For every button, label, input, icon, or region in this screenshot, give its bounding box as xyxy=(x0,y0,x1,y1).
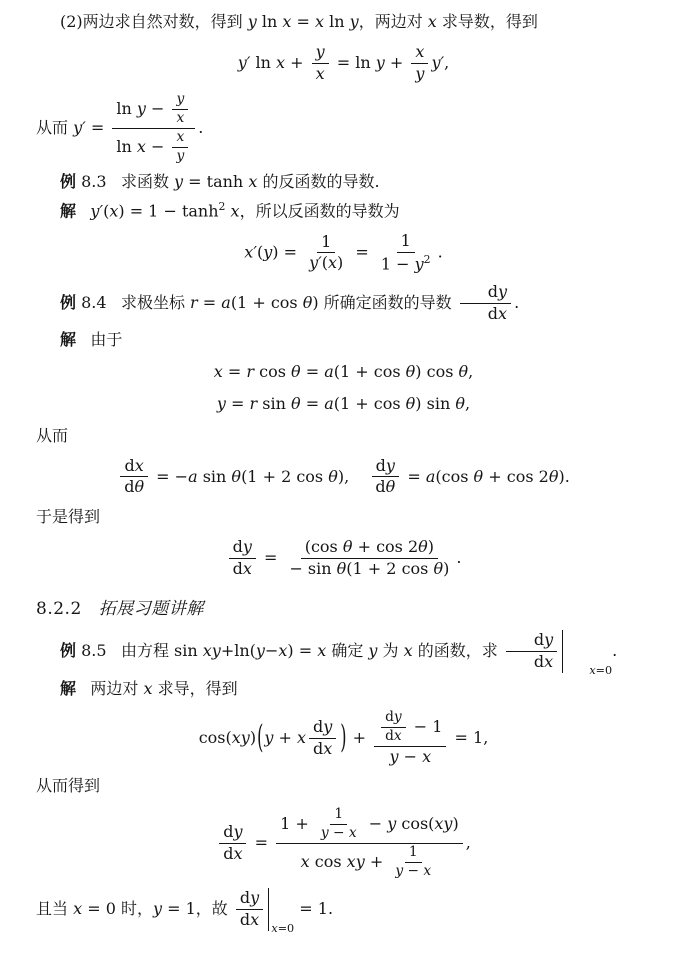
fraction-numerator: 1 xyxy=(317,232,335,254)
math-variable: θ xyxy=(459,362,469,381)
text-run: ln xyxy=(257,12,283,31)
text-run: − xyxy=(403,863,423,879)
math-variable: y xyxy=(350,12,359,31)
math-variable: a xyxy=(188,466,198,485)
text-run: − xyxy=(265,641,278,660)
text-run: 两边对 xyxy=(90,679,143,698)
text-run: d xyxy=(124,477,134,496)
math-variable: xy xyxy=(434,814,452,833)
fraction: dydx xyxy=(381,709,406,746)
display-equation: x′(y) = 1y′(x) = 11 − y2. xyxy=(36,231,651,275)
fraction: dydx xyxy=(219,822,246,865)
math-variable: θ xyxy=(406,362,416,381)
text-run: 且当 xyxy=(36,899,73,918)
math-variable: x xyxy=(276,53,285,72)
text-paragraph: 例 8.4求极坐标 r = a(1 + cos θ) 所确定函数的导数 dydx… xyxy=(36,282,651,325)
text-run: 从而 xyxy=(36,118,73,137)
fraction-denominator: y′(x) xyxy=(305,253,347,274)
text-run: ，两边对 xyxy=(359,12,428,31)
text-run: 1 xyxy=(409,844,418,860)
fraction-denominator: x cos xy + 1y − x xyxy=(297,844,442,881)
text-paragraph: 从而 y′ = ln y − yxln x − xy. xyxy=(36,91,651,166)
text-run: = 0 时， xyxy=(82,899,153,918)
text-run: d xyxy=(534,630,544,649)
math-variable: y xyxy=(243,537,252,556)
math-variable: y xyxy=(498,282,507,301)
fraction-numerator: dx xyxy=(120,456,147,478)
text-run: = xyxy=(198,293,222,312)
text-run: d xyxy=(124,456,134,475)
math-variable: x xyxy=(250,910,259,929)
text-run: = xyxy=(226,394,250,413)
fraction: xy xyxy=(172,129,188,166)
text-run: − 1 xyxy=(409,717,443,736)
text-run: ，所以反函数的导数为 xyxy=(240,201,400,220)
text-run: 求函数 xyxy=(121,172,174,191)
math-variable: y xyxy=(137,99,146,118)
text-run: + cos 2 xyxy=(353,537,419,556)
text-run: ln xyxy=(324,12,350,31)
math-variable: x xyxy=(73,899,82,918)
fraction-denominator: y xyxy=(172,148,188,166)
text-run: + xyxy=(285,53,309,72)
math-variable: a xyxy=(426,466,436,485)
math-variable: x xyxy=(176,110,184,126)
fraction-denominator: dθ xyxy=(371,477,399,498)
paren-group: (y + xdydx) xyxy=(256,717,347,760)
text-run: = tanh xyxy=(183,172,248,191)
math-variable: y xyxy=(316,42,325,61)
text-run: d xyxy=(385,709,394,725)
text-run: 8.3 xyxy=(76,172,107,191)
math-variable: x xyxy=(231,201,240,220)
bold-label: 解 xyxy=(60,201,76,220)
text-run: ) sin xyxy=(415,394,455,413)
heading-kai-text: 拓展习题讲解 xyxy=(99,599,204,619)
math-variable: y xyxy=(264,728,273,747)
fraction-denominator: y − x xyxy=(391,863,435,881)
math-variable: x xyxy=(415,42,424,61)
math-variable: y xyxy=(256,641,265,660)
math-variable: x xyxy=(214,362,223,381)
fraction-denominator: dθ xyxy=(120,477,148,498)
math-variable: a xyxy=(324,362,334,381)
document-page: (2)两边求自然对数，得到 y ln x = x ln y，两边对 x 求导数，… xyxy=(0,0,687,943)
text-run: . xyxy=(456,548,461,567)
fraction-numerator: dy xyxy=(219,822,246,844)
text-run: 8.5 xyxy=(76,641,107,660)
fraction-denominator: − sin θ(1 + 2 cos θ) xyxy=(285,559,453,580)
math-variable: θ xyxy=(433,559,443,578)
math-variable: y xyxy=(394,709,402,725)
evaluation-bar: x=0 xyxy=(562,630,612,673)
text-run: 的反函数的导数. xyxy=(257,172,379,191)
math-variable: y′ xyxy=(90,201,103,220)
evaluation-bar: x=0 xyxy=(268,888,294,931)
fraction: dydx xyxy=(309,717,336,760)
math-variable: y xyxy=(376,53,385,72)
text-run: 1 + xyxy=(280,814,314,833)
text-run: d xyxy=(223,822,233,841)
text-run: − xyxy=(398,747,422,766)
fraction-denominator: y xyxy=(411,64,428,85)
text-run: ) xyxy=(337,253,343,272)
math-variable: y xyxy=(321,825,329,841)
math-variable: x xyxy=(404,641,413,660)
math-variable: y xyxy=(176,148,184,164)
text-run: 求极坐标 xyxy=(121,293,190,312)
fraction: dydθ xyxy=(371,456,399,499)
vertical-bar xyxy=(562,630,563,673)
text-run: = 1，故 xyxy=(162,899,233,918)
text-run: , xyxy=(444,53,449,72)
math-variable: θ xyxy=(231,466,241,485)
text-run: + xyxy=(385,53,409,72)
text-run: d xyxy=(376,456,386,475)
text-run: , xyxy=(465,394,470,413)
text-run: (1 + 2 cos xyxy=(241,466,328,485)
math-variable: x xyxy=(137,137,146,156)
paren-content: y + xdydx xyxy=(264,717,339,760)
text-paragraph: 从而得到 xyxy=(36,774,651,799)
text-run: ), xyxy=(338,466,349,485)
text-run: 由方程 sin xyxy=(121,641,203,660)
display-equation: x = r cos θ = a(1 + cos θ) cos θ, xyxy=(36,360,651,385)
math-variable: r xyxy=(190,293,198,312)
fraction-numerator: dy xyxy=(381,709,406,728)
fraction-numerator: dy xyxy=(236,888,263,910)
math-variable: x xyxy=(243,559,252,578)
math-variable: x xyxy=(349,825,357,841)
text-run: = xyxy=(301,362,325,381)
text-run: 于是得到 xyxy=(36,507,100,526)
math-variable: y xyxy=(217,394,226,413)
text-run: 为 xyxy=(377,641,403,660)
math-variable: y xyxy=(386,456,395,475)
text-run: (1 + 2 cos xyxy=(346,559,433,578)
section-heading: 8.2.2拓展习题讲解 xyxy=(36,596,651,622)
vertical-bar xyxy=(268,888,269,931)
fraction-numerator: 1 + 1y − x − y cos(xy) xyxy=(276,806,463,844)
display-equation: y = r sin θ = a(1 + cos θ) sin θ, xyxy=(36,392,651,417)
text-run: 从而 xyxy=(36,426,68,445)
math-variable: y xyxy=(544,630,553,649)
fraction: dydx xyxy=(460,282,511,325)
math-variable: y′ xyxy=(73,118,86,137)
text-run: ln xyxy=(116,137,137,156)
text-run: 1 xyxy=(334,806,343,822)
text-run: sin xyxy=(257,394,291,413)
fraction: yx xyxy=(172,91,188,128)
text-run: = xyxy=(86,118,110,137)
text-run: 从而得到 xyxy=(36,776,100,795)
text-run: (2)两边求自然对数，得到 xyxy=(60,12,248,31)
bold-label: 例 xyxy=(60,641,76,660)
text-run: ). xyxy=(558,466,569,485)
fraction: dxdθ xyxy=(120,456,148,499)
math-variable: y xyxy=(174,172,183,191)
text-run: cos( xyxy=(396,814,434,833)
math-variable: θ xyxy=(455,394,465,413)
bold-label: 例 xyxy=(60,172,76,191)
math-variable: x xyxy=(423,863,431,879)
fraction-denominator: dx xyxy=(229,559,256,580)
left-paren: ( xyxy=(256,713,264,763)
evaluation-subscript: x=0 xyxy=(565,662,612,679)
math-variable: x xyxy=(328,253,337,272)
fraction: yx xyxy=(312,42,329,85)
fraction-denominator: dx xyxy=(460,304,511,325)
text-run: d xyxy=(488,282,498,301)
text-run: 求导数，得到 xyxy=(437,12,538,31)
text-run: cos xyxy=(254,362,291,381)
text-run: + cos 2 xyxy=(483,466,549,485)
fraction-numerator: dy xyxy=(460,282,511,304)
text-run: ) = 1 − tanh xyxy=(118,201,218,220)
text-run: − sin xyxy=(289,559,336,578)
text-paragraph: 解两边对 x 求导，得到 xyxy=(36,677,651,702)
fraction: (cos θ + cos 2θ)− sin θ(1 + 2 cos θ) xyxy=(285,537,453,580)
math-variable: θ xyxy=(343,537,353,556)
math-variable: y xyxy=(263,242,272,261)
fraction-numerator: 1 xyxy=(330,806,347,825)
math-variable: θ xyxy=(406,394,416,413)
math-variable: θ xyxy=(337,559,347,578)
text-paragraph: 从而 xyxy=(36,424,651,449)
fraction-denominator: x xyxy=(312,64,329,85)
fraction: xy xyxy=(411,42,428,85)
text-run: (1 + cos xyxy=(334,394,406,413)
text-run: d xyxy=(488,304,498,323)
math-variable: x xyxy=(135,456,144,475)
math-variable: y xyxy=(415,64,424,83)
text-run: ) xyxy=(428,537,434,556)
math-variable: x xyxy=(498,304,507,323)
math-variable: x xyxy=(315,12,324,31)
text-run: ln xyxy=(116,99,137,118)
fraction: 1 + 1y − x − y cos(xy)x cos xy + 1y − x xyxy=(276,806,463,881)
math-variable: y′ xyxy=(431,53,444,72)
text-run: ) cos xyxy=(415,362,458,381)
text-run: (1 + cos xyxy=(334,362,406,381)
math-variable: θ xyxy=(474,466,484,485)
math-variable: θ xyxy=(291,362,301,381)
text-run: = xyxy=(291,12,315,31)
text-run: . xyxy=(612,641,617,660)
superscript: 2 xyxy=(424,253,431,266)
fraction-numerator: (cos θ + cos 2θ) xyxy=(301,537,438,559)
fraction: dydx xyxy=(506,630,557,673)
text-run: d xyxy=(240,910,250,929)
text-run: ) = xyxy=(272,242,302,261)
fraction-numerator: dy xyxy=(309,717,336,739)
fraction-numerator: y xyxy=(172,91,188,110)
fraction: dydx − 1y − x xyxy=(374,709,446,768)
math-variable: x xyxy=(316,64,325,83)
math-variable: x xyxy=(233,844,242,863)
text-run: d xyxy=(313,717,323,736)
text-run: d xyxy=(534,652,544,671)
text-paragraph: (2)两边求自然对数，得到 y ln x = x ln y，两边对 x 求导数，… xyxy=(36,10,651,35)
right-paren: ) xyxy=(339,713,347,763)
bold-label: 例 xyxy=(60,293,76,312)
text-run: d xyxy=(313,739,323,758)
text-run: ) 所确定函数的导数 xyxy=(312,293,456,312)
math-variable: xy xyxy=(232,728,250,747)
text-run: d xyxy=(223,844,233,863)
display-equation: y′ ln x + yx = ln y + xyy′, xyxy=(36,42,651,85)
text-run: = xyxy=(402,466,426,485)
math-variable: θ xyxy=(291,394,301,413)
document-body: (2)两边求自然对数，得到 y ln x = x ln y，两边对 x 求导数，… xyxy=(36,10,651,931)
text-run: cos( xyxy=(199,728,232,747)
fraction-denominator: ln x − xy xyxy=(112,129,195,166)
text-run: 1 xyxy=(321,232,331,251)
math-variable: x xyxy=(544,652,553,671)
math-variable: y xyxy=(323,717,332,736)
math-variable: y xyxy=(250,888,259,907)
text-run: = 1. xyxy=(294,899,333,918)
math-variable: x xyxy=(109,201,118,220)
math-variable: y xyxy=(387,814,396,833)
fraction-numerator: 1 xyxy=(397,231,415,253)
text-run: − xyxy=(146,137,170,156)
text-run: 8.4 xyxy=(76,293,107,312)
text-run: 确定 xyxy=(326,641,368,660)
math-variable: y xyxy=(395,863,403,879)
fraction-denominator: dx xyxy=(236,910,263,931)
math-variable: x xyxy=(422,747,431,766)
math-variable: a xyxy=(324,394,334,413)
fraction-numerator: dy xyxy=(229,537,256,559)
text-run: = 1, xyxy=(449,728,488,747)
display-equation: dydx = (cos θ + cos 2θ)− sin θ(1 + 2 cos… xyxy=(36,537,651,580)
math-variable: θ xyxy=(386,477,396,496)
text-run: = xyxy=(249,833,273,852)
text-paragraph: 且当 x = 0 时，y = 1，故 dydxx=0 = 1. xyxy=(36,888,651,931)
text-run: 求导，得到 xyxy=(153,679,238,698)
math-variable: x′ xyxy=(244,242,257,261)
text-run: , xyxy=(468,362,473,381)
fraction: 1y − x xyxy=(391,844,435,881)
evaluation-subscript: x=0 xyxy=(271,920,294,937)
fraction: dydx xyxy=(229,537,256,580)
text-run: = ln xyxy=(332,53,376,72)
text-run: . xyxy=(514,293,519,312)
text-run: + xyxy=(365,852,389,871)
math-variable: y xyxy=(415,254,424,273)
bold-label: 解 xyxy=(60,330,76,349)
text-run: − xyxy=(329,825,349,841)
fraction: dydx xyxy=(236,888,263,931)
math-variable: y′ xyxy=(309,253,322,272)
text-run: (cos xyxy=(305,537,343,556)
fraction: 11 − y2 xyxy=(377,231,435,275)
text-run: 8.2.2 xyxy=(36,599,82,619)
fraction-numerator: dy xyxy=(506,630,557,652)
fraction-denominator: y − x xyxy=(385,747,435,768)
text-run: d xyxy=(385,728,394,744)
math-variable: x xyxy=(394,728,402,744)
math-variable: y xyxy=(153,899,162,918)
fraction-denominator: x xyxy=(172,110,188,128)
text-run: 的函数，求 xyxy=(413,641,503,660)
text-run: sin xyxy=(198,466,232,485)
math-variable: y xyxy=(248,12,257,31)
fraction-numerator: x xyxy=(411,42,428,64)
text-run: cos xyxy=(310,852,347,871)
bold-label: 解 xyxy=(60,679,76,698)
display-equation: cos(xy)(y + xdydx) + dydx − 1y − x = 1, xyxy=(36,709,651,768)
text-paragraph: 例 8.3求函数 y = tanh x 的反函数的导数. xyxy=(36,170,651,195)
fraction-numerator: 1 xyxy=(405,844,422,863)
math-variable: x xyxy=(323,739,332,758)
text-run: 1 − xyxy=(381,254,415,273)
math-variable: θ xyxy=(328,466,338,485)
fraction-denominator: dx xyxy=(506,652,557,673)
text-run: ) xyxy=(443,559,449,578)
fraction: 1y′(x) xyxy=(305,232,347,275)
text-run: (1 + cos xyxy=(231,293,303,312)
text-run: (cos xyxy=(435,466,473,485)
text-paragraph: 例 8.5由方程 sin xy+ln(y−x) = x 确定 y 为 x 的函数… xyxy=(36,630,651,673)
text-run: d xyxy=(240,888,250,907)
text-paragraph: 于是得到 xyxy=(36,505,651,530)
text-run: = xyxy=(223,362,247,381)
text-run: d xyxy=(233,537,243,556)
text-run: +ln( xyxy=(221,641,256,660)
math-variable: xy xyxy=(347,852,365,871)
math-variable: x xyxy=(317,641,326,660)
display-equation: dydx = 1 + 1y − x − y cos(xy)x cos xy + … xyxy=(36,806,651,881)
fraction-numerator: x xyxy=(172,129,188,148)
fraction-numerator: dydx − 1 xyxy=(374,709,446,747)
math-variable: x xyxy=(297,728,306,747)
fraction-numerator: y xyxy=(312,42,329,64)
text-run: = xyxy=(301,394,325,413)
math-variable: θ xyxy=(134,477,144,496)
text-run: = xyxy=(259,548,283,567)
text-run: 由于 xyxy=(90,330,122,349)
math-variable: x xyxy=(248,172,257,191)
text-run: + xyxy=(348,728,372,747)
text-run: =0 xyxy=(596,664,613,677)
text-run: =0 xyxy=(278,922,295,935)
math-variable: x xyxy=(176,129,184,145)
math-variable: a xyxy=(221,293,231,312)
math-variable: x xyxy=(428,12,437,31)
text-run: d xyxy=(233,559,243,578)
math-variable: x xyxy=(301,852,310,871)
display-equation: dxdθ = −a sin θ(1 + 2 cos θ),dydθ = a(co… xyxy=(36,456,651,499)
math-variable: θ xyxy=(303,293,313,312)
text-run: ) = xyxy=(287,641,317,660)
math-variable: θ xyxy=(418,537,428,556)
text-run: d xyxy=(375,477,385,496)
text-paragraph: 解y′(x) = 1 − tanh2 x，所以反函数的导数为 xyxy=(36,199,651,224)
text-paragraph: 解由于 xyxy=(36,328,651,353)
math-variable: r xyxy=(246,362,254,381)
text-run: = xyxy=(350,242,374,261)
text-run: 1 xyxy=(401,231,411,250)
fraction-denominator: dx xyxy=(219,844,246,865)
text-run: . xyxy=(198,118,203,137)
math-variable: y xyxy=(233,822,242,841)
math-variable: y xyxy=(176,91,184,107)
text-run: + xyxy=(273,728,297,747)
text-run: − xyxy=(146,99,170,118)
text-run: , xyxy=(466,833,471,852)
